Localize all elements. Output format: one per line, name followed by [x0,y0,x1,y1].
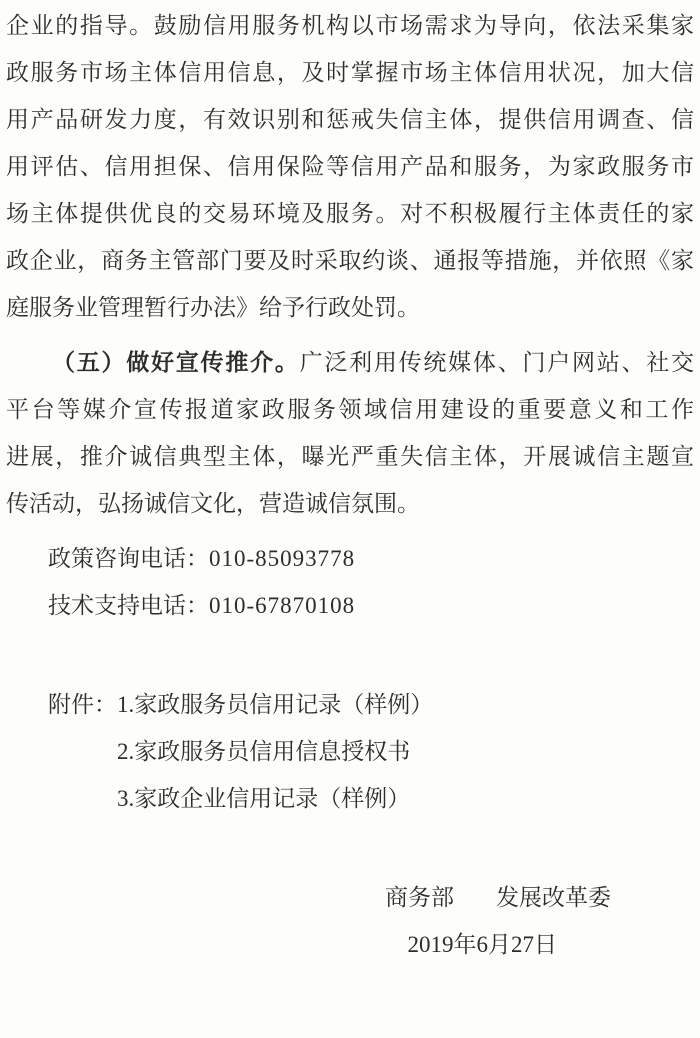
section-heading-bold: （五）做好宣传推介。 [52,350,300,375]
policy-phone-line: 政策咨询电话：010-85093778 [6,535,694,582]
body-line: 企业的指导。鼓励信用服务机构以市场需求为导向，依法采集家 [6,2,694,49]
agency-ndrc: 发展改革委 [496,885,611,910]
body-line: 政服务市场主体信用信息，及时掌握市场主体信用状况，加大信 [6,49,694,96]
policy-phone-number: 010-85093778 [209,546,355,571]
body-line: 场主体提供优良的交易环境及服务。对不积极履行主体责任的家 [6,190,694,237]
attachments-label: 附件： [48,681,117,728]
body-line: 平台等媒介宣传报道家政服务领域信用建设的重要意义和工作 [6,386,694,433]
body-line: （五）做好宣传推介。广泛利用传统媒体、门户网站、社交 [6,339,694,386]
paragraph-credit-services: 企业的指导。鼓励信用服务机构以市场需求为导向，依法采集家 政服务市场主体信用信息… [6,2,694,331]
tech-phone-label: 技术支持电话： [48,593,209,618]
attachment-item: 2.家政服务员信用信息授权书 [117,728,694,775]
body-line: 传活动，弘扬诚信文化，营造诚信氛围。 [6,480,694,527]
attachments-items: 1.家政服务员信用记录（样例） 2.家政服务员信用信息授权书 3.家政企业信用记… [117,681,694,822]
body-line: 用产品研发力度，有效识别和惩戒失信主体，提供信用调查、信 [6,96,694,143]
contact-phones: 政策咨询电话：010-85093778 技术支持电话：010-67870108 [6,535,694,629]
attachment-item: 1.家政服务员信用记录（样例） [117,681,694,728]
tech-phone-number: 010-67870108 [209,593,355,618]
body-text: 广泛利用传统媒体、门户网站、社交 [300,350,694,375]
attachment-item: 3.家政企业信用记录（样例） [117,775,694,822]
paragraph-section-5-publicity: （五）做好宣传推介。广泛利用传统媒体、门户网站、社交 平台等媒介宣传报道家政服务… [6,339,694,527]
body-line: 进展，推介诚信典型主体，曝光严重失信主体，开展诚信主题宣 [6,433,694,480]
document-page: 企业的指导。鼓励信用服务机构以市场需求为导向，依法采集家 政服务市场主体信用信息… [0,0,700,1038]
body-line: 政企业，商务主管部门要及时采取约谈、通报等措施，并依照《家 [6,237,694,284]
body-line: 庭服务业管理暂行办法》给予行政处罚。 [6,284,694,331]
tech-phone-line: 技术支持电话：010-67870108 [6,582,694,629]
agency-mofcom: 商务部 [385,885,454,910]
policy-phone-label: 政策咨询电话： [48,546,209,571]
body-line: 用评估、信用担保、信用保险等信用产品和服务，为家政服务市 [6,143,694,190]
issuing-agencies: 商务部发展改革委 [6,874,694,921]
attachments-list: 附件： 1.家政服务员信用记录（样例） 2.家政服务员信用信息授权书 3.家政企… [6,681,694,822]
issue-date: 2019年6月27日 [6,921,694,968]
